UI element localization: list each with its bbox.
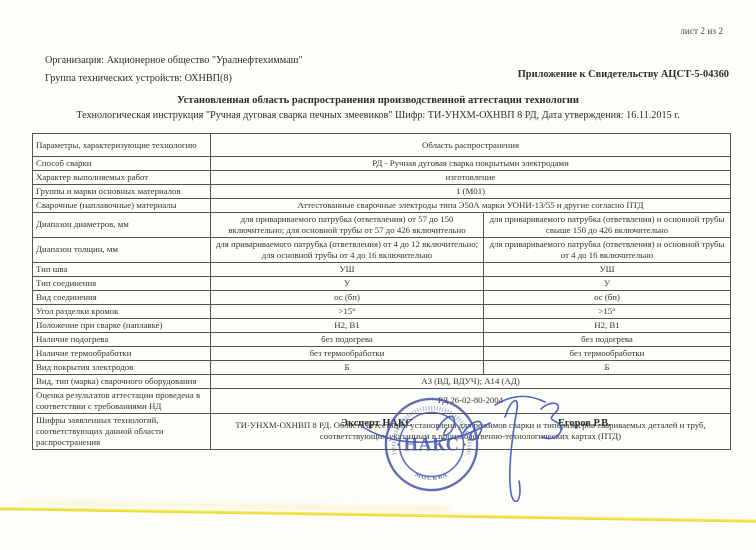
header-parameters-cell: Параметры, характеризующие технологию (33, 134, 211, 157)
row-value-right: Н2, В1 (484, 318, 731, 332)
row-value-right: для привариваемого патрубка (ответвления… (484, 212, 731, 237)
signature-stroke (495, 396, 545, 405)
row-label: Сварочные (наплавочные) материалы (33, 198, 211, 212)
row-value-right: УШ (484, 262, 731, 276)
table-row: Угол разделки кромок>15°>15° (33, 304, 731, 318)
row-value-right: >15° (484, 304, 731, 318)
row-label: Оценка результатов аттестации проведена … (33, 388, 211, 413)
table-row: Способ сваркиРД - Ручная дуговая сварка … (33, 157, 731, 171)
row-label: Шифры заявленных технологий, соответству… (33, 413, 211, 449)
row-value-left: без подогрева (211, 332, 484, 346)
device-group-line: Группа технических устройств: ОХНВП(8) (45, 73, 232, 84)
table-row: Вид соединенияос (бп)ос (бп) (33, 290, 731, 304)
signature-stroke (505, 401, 520, 502)
row-value-right: Б (484, 360, 731, 374)
row-value-left: У (211, 276, 484, 290)
table-row: Диапазон диаметров, ммдля привариваемого… (33, 212, 731, 237)
table-row: Положение при сварке (наплавке)Н2, В1Н2,… (33, 318, 731, 332)
table-row: Вид покрытия электродовББ (33, 360, 731, 374)
document-subtitle: Технологическая инструкция "Ручная дугов… (0, 110, 756, 121)
row-label: Диапазон толщин, мм (33, 237, 211, 262)
row-value-left: УШ (211, 262, 484, 276)
row-value: изготовление (211, 170, 731, 184)
row-value-right: без подогрева (484, 332, 731, 346)
row-value-left: для привариваемого патрубка (ответвления… (211, 237, 484, 262)
sheet-number-label: лист 2 из 2 (680, 27, 723, 37)
handwritten-signature (345, 375, 605, 515)
row-label: Вид покрытия электродов (33, 360, 211, 374)
signature-stroke (541, 403, 561, 438)
attachment-reference: Приложение к Свидетельству АЦСТ-5-04360 (518, 69, 729, 80)
row-label: Вид, тип (марка) сварочного оборудования (33, 374, 211, 388)
table-row: Характер выполняемых работизготовление (33, 170, 731, 184)
signature-stroke (437, 416, 454, 435)
table-row: Тип шваУШУШ (33, 262, 731, 276)
table-row: Наличие подогревабез подогревабез подогр… (33, 332, 731, 346)
row-value-left: без термообработки (211, 346, 484, 360)
row-label: Диапазон диаметров, мм (33, 212, 211, 237)
row-label: Положение при сварке (наплавке) (33, 318, 211, 332)
row-label: Тип соединения (33, 276, 211, 290)
row-label: Наличие термообработки (33, 346, 211, 360)
row-label: Характер выполняемых работ (33, 170, 211, 184)
row-value-right: ос (бп) (484, 290, 731, 304)
row-label: Угол разделки кромок (33, 304, 211, 318)
row-label: Группы и марки основных материалов (33, 184, 211, 198)
row-label: Наличие подогрева (33, 332, 211, 346)
row-label: Тип шва (33, 262, 211, 276)
table-row: Наличие термообработкибез термообработки… (33, 346, 731, 360)
row-value: 1 (М01) (211, 184, 731, 198)
row-value-left: для привариваемого патрубка (ответвления… (211, 212, 484, 237)
row-value-right: без термообработки (484, 346, 731, 360)
row-label: Способ сварки (33, 157, 211, 171)
organization-line: Организация: Акционерное общество "Уралн… (45, 55, 303, 66)
document-title: Установленная область распространения пр… (0, 95, 756, 106)
row-value: Аттестованные сварочные электроды типа Э… (211, 198, 731, 212)
signature-stroke (463, 421, 482, 440)
row-value-left: ос (бп) (211, 290, 484, 304)
table-header-row: Параметры, характеризующие технологию Об… (33, 134, 731, 157)
table-row: Сварочные (наплавочные) материалыАттесто… (33, 198, 731, 212)
row-value-right: У (484, 276, 731, 290)
row-value-right: для привариваемого патрубка (ответвления… (484, 237, 731, 262)
row-value-left: Н2, В1 (211, 318, 484, 332)
row-value: РД - Ручная дуговая сварка покрытыми эле… (211, 157, 731, 171)
table-row: Диапазон толщин, ммдля привариваемого па… (33, 237, 731, 262)
row-value-left: Б (211, 360, 484, 374)
table-row: Тип соединенияУУ (33, 276, 731, 290)
row-label: Вид соединения (33, 290, 211, 304)
table-row: Группы и марки основных материалов1 (М01… (33, 184, 731, 198)
header-scope-cell: Область распространения (211, 134, 731, 157)
row-value-left: >15° (211, 304, 484, 318)
